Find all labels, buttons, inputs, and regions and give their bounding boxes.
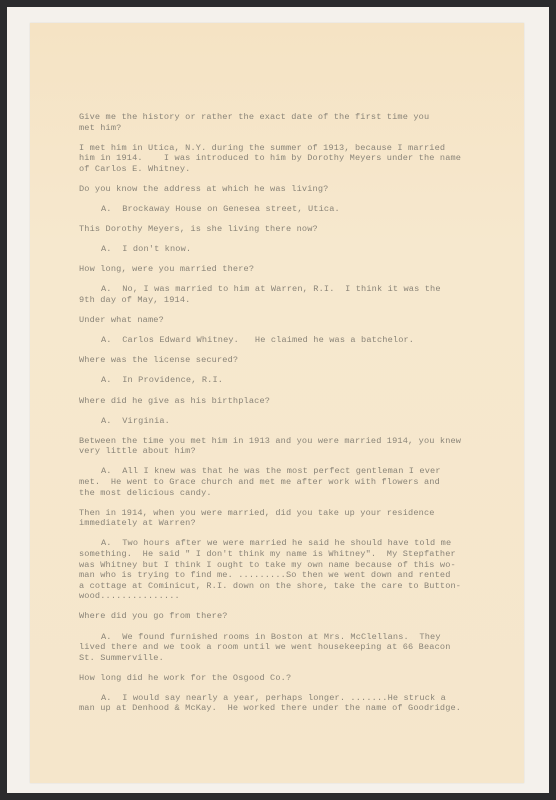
answer-paragraph: A. Brockaway House on Genesea street, Ut… [79,204,519,215]
question-paragraph: Then in 1914, when you were married, did… [79,508,519,529]
question-paragraph: Where did he give as his birthplace? [79,396,519,407]
question-paragraph: This Dorothy Meyers, is she living there… [79,224,519,235]
question-paragraph: Between the time you met him in 1913 and… [79,436,519,457]
answer-paragraph: A. We found furnished rooms in Boston at… [79,632,519,664]
question-paragraph: How long did he work for the Osgood Co.? [79,673,519,684]
answer-paragraph: A. No, I was married to him at Warren, R… [79,284,519,305]
answer-paragraph: A. Carlos Edward Whitney. He claimed he … [79,335,519,346]
statement-paragraph: I met him in Utica, N.Y. during the summ… [79,143,519,175]
answer-paragraph: A. I would say nearly a year, perhaps lo… [79,693,519,714]
question-paragraph: Where did you go from there? [79,611,519,622]
question-paragraph: Where was the license secured? [79,355,519,366]
answer-paragraph: A. Two hours after we were married he sa… [79,538,519,602]
answer-paragraph: A. Virginia. [79,416,519,427]
transcript-body: Give me the history or rather the exact … [79,112,519,724]
question-paragraph: Give me the history or rather the exact … [79,112,519,133]
question-paragraph: Do you know the address at which he was … [79,184,519,195]
question-paragraph: How long, were you married there? [79,264,519,275]
question-paragraph: Under what name? [79,315,519,326]
answer-paragraph: A. In Providence, R.I. [79,375,519,386]
answer-paragraph: A. All I knew was that he was the most p… [79,466,519,498]
answer-paragraph: A. I don't know. [79,244,519,255]
